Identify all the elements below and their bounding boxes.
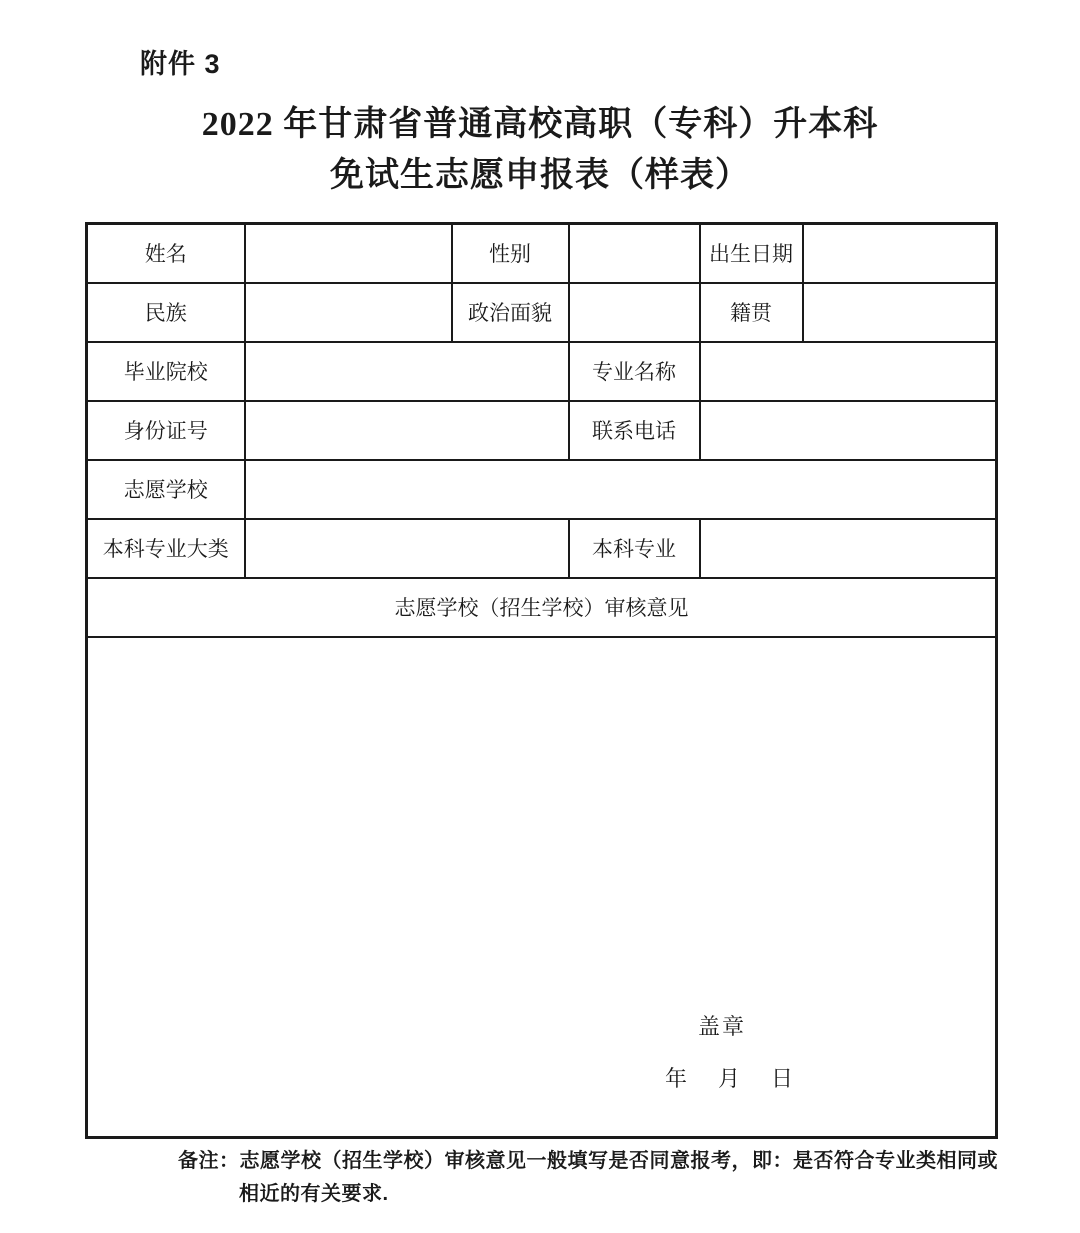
contact-phone-label-cell: 联系电话 (569, 401, 700, 460)
ethnicity-value-cell (245, 283, 452, 342)
review-opinion-area-cell: 盖章 年月日 (87, 637, 997, 1138)
note-line-2: 相近的有关要求. (239, 1177, 389, 1206)
native-place-value-cell (803, 283, 997, 342)
row-preferred-school: 志愿学校 (87, 460, 997, 519)
row-undergraduate-major: 本科专业大类 本科专业 (87, 519, 997, 578)
preferred-school-value-cell (245, 460, 997, 519)
major-name-value-cell (700, 342, 997, 401)
row-name-gender-birthdate: 姓名 性别 出生日期 (87, 224, 997, 283)
ethnicity-label-cell: 民族 (87, 283, 245, 342)
undergraduate-major-category-value-cell (245, 519, 569, 578)
graduation-school-label-cell: 毕业院校 (87, 342, 245, 401)
row-review-header: 志愿学校（招生学校）审核意见 (87, 578, 997, 637)
undergraduate-major-label-cell: 本科专业 (569, 519, 700, 578)
row-graduation-school-major: 毕业院校 专业名称 (87, 342, 997, 401)
undergraduate-major-value-cell (700, 519, 997, 578)
contact-phone-value-cell (700, 401, 997, 460)
birth-date-value-cell (803, 224, 997, 283)
native-place-label-cell: 籍贯 (700, 283, 803, 342)
date-line: 年月日 (665, 1062, 793, 1093)
undergraduate-major-category-label-cell: 本科专业大类 (87, 519, 245, 578)
row-id-phone: 身份证号 联系电话 (87, 401, 997, 460)
birth-date-label-cell: 出生日期 (700, 224, 803, 283)
attachment-label: 附件 3 (140, 42, 221, 81)
graduation-school-value-cell (245, 342, 569, 401)
row-ethnicity-political-native: 民族 政治面貌 籍贯 (87, 283, 997, 342)
document-title-line1: 2022 年甘肃省普通高校高职（专科）升本科 (0, 96, 1080, 145)
seal-label: 盖章 (698, 1010, 746, 1041)
preferred-school-label-cell: 志愿学校 (87, 460, 245, 519)
political-status-label-cell: 政治面貌 (452, 283, 569, 342)
gender-label-cell: 性别 (452, 224, 569, 283)
name-label-cell: 姓名 (87, 224, 245, 283)
name-value-cell (245, 224, 452, 283)
note-line-1: 备注：志愿学校（招生学校）审核意见一般填写是否同意报考，即：是否符合专业类相同或 (178, 1144, 998, 1173)
id-number-value-cell (245, 401, 569, 460)
document-title-line2: 免试生志愿申报表（样表） (0, 147, 1080, 196)
major-name-label-cell: 专业名称 (569, 342, 700, 401)
row-review-area: 盖章 年月日 (87, 637, 997, 1138)
month-label: 月 (718, 1066, 740, 1091)
year-label: 年 (665, 1066, 687, 1091)
day-label: 日 (771, 1066, 793, 1091)
review-opinion-header-cell: 志愿学校（招生学校）审核意见 (87, 578, 997, 637)
political-status-value-cell (569, 283, 700, 342)
application-form-table: 姓名 性别 出生日期 民族 政治面貌 籍贯 毕业院校 专业名称 身份证号 联系电… (85, 222, 998, 1139)
gender-value-cell (569, 224, 700, 283)
id-number-label-cell: 身份证号 (87, 401, 245, 460)
